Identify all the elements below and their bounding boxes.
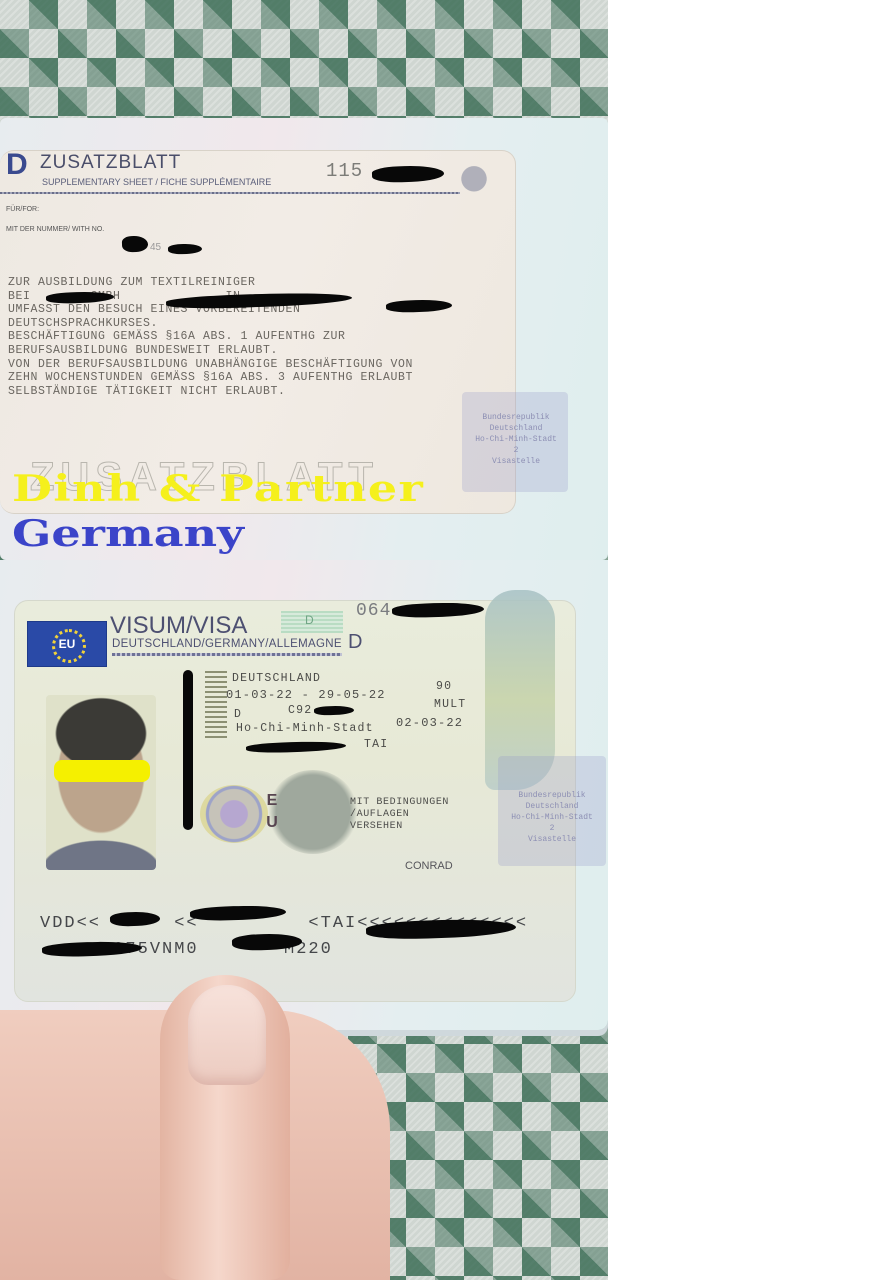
label-number: MIT DER NUMMER/ WITH NO. [6, 226, 104, 233]
watermark-line-2: Germany [12, 513, 244, 555]
eu-flag-icon: EU [27, 621, 107, 667]
consulate-stamp-text: BundesrepublikDeutschlandHo-Chi-Minh-Sta… [466, 412, 566, 467]
visa-entries: MULT [434, 698, 466, 711]
redaction-mark [183, 670, 193, 830]
visa-subtitle: DEUTSCHLAND/GERMANY/ALLEMAGNE [112, 638, 342, 650]
photo-scene: D ZUSATZBLATT SUPPLEMENTARY SHEET / FICH… [0, 0, 608, 1280]
sheet-subtitle: SUPPLEMENTARY SHEET / FICHE SUPPLÉMENTAI… [42, 177, 271, 187]
country-letter: D [6, 148, 28, 182]
visa-serial-number: 064 [356, 601, 391, 621]
eye-censor-bar [54, 760, 150, 782]
visa-d-badge: D [281, 611, 343, 633]
field-labels-column [205, 668, 223, 741]
visa-validity-dates: 01-03-22 - 29-05-22 [226, 688, 386, 702]
visa-passport-number: C92 [288, 704, 312, 717]
watermark-line-1: Dinh & Partner [12, 468, 424, 510]
visa-category-letter: D [348, 631, 362, 654]
sheet-number: 45 [150, 242, 161, 253]
visa-remarks: MIT BEDINGUNGEN/AUFLAGENVERSEHEN [350, 797, 449, 833]
visa-signature: CONRAD [405, 860, 453, 872]
visa-surname: TAI [364, 738, 388, 751]
sheet-title: ZUSATZBLATT [40, 152, 181, 174]
thumbnail [188, 985, 266, 1085]
visa-consulate-stamp-text: BundesrepublikDeutschlandHo-Chi-Minh-Sta… [502, 790, 602, 845]
visa-hologram-shadow [268, 770, 358, 854]
eu-flag-label: EU [28, 622, 106, 666]
label-for: FÜR/FOR: [6, 206, 39, 213]
visa-duration-days: 90 [436, 680, 452, 693]
visa-type: D [234, 708, 242, 721]
holder-photo [46, 695, 156, 870]
microtext-line [0, 192, 460, 194]
visa-issued-in: Ho-Chi-Minh-Stadt [236, 722, 374, 735]
visa-title: VISUM/VISA [110, 612, 247, 640]
visa-valid-for: DEUTSCHLAND [232, 672, 321, 685]
visa-hologram-eu-letters: EU [264, 790, 280, 834]
visa-badge-letter: D [305, 613, 314, 627]
sheet-serial-number: 115 [326, 160, 363, 182]
visa-issued-on: 02-03-22 [396, 716, 463, 730]
visa-microtext-line [112, 653, 342, 656]
visa-hologram-seal [200, 785, 268, 843]
federal-eagle-icon [456, 162, 492, 204]
